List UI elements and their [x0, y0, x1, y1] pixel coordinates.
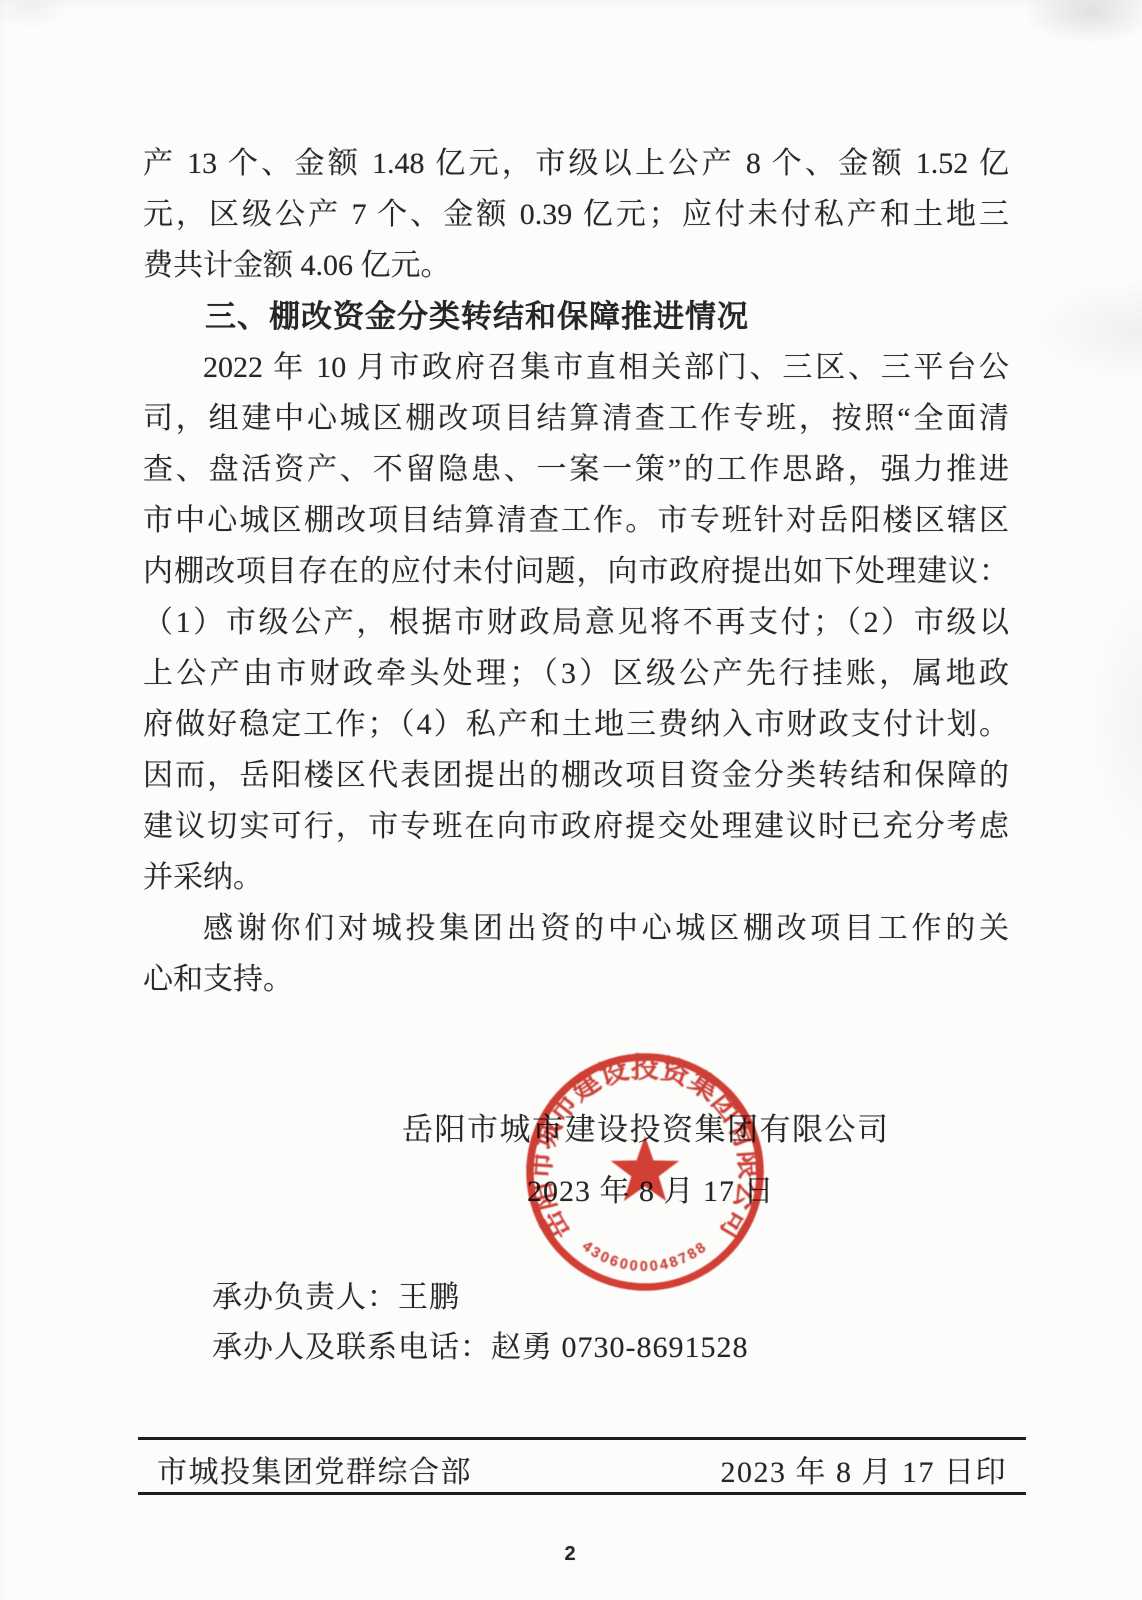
text-line: 心和支持。: [143, 954, 1009, 1005]
text-line: 三、棚改资金分类转结和保障推进情况: [143, 291, 1009, 342]
text-line: 府做好稳定工作；（4）私产和土地三费纳入市财政支付计划。: [143, 699, 1009, 750]
footer: 市城投集团党群综合部 2023 年 8 月 17 日印: [157, 1447, 1007, 1491]
footer-department: 市城投集团党群综合部: [157, 1447, 472, 1491]
text-line: 2022 年 10 月市政府召集市直相关部门、三区、三平台公: [143, 342, 1009, 393]
footer-rule-bottom: [138, 1492, 1026, 1495]
contact-phone-line: 承办人及联系电话：赵勇 0730-8691528: [212, 1322, 749, 1366]
body-text: 产 13 个、金额 1.48 亿元，市级以上公产 8 个、金额 1.52 亿元，…: [143, 138, 1009, 1005]
company-seal: 岳阳市城市建设投资集团有限公司 4306000048788: [510, 1037, 780, 1307]
text-line: 司，组建中心城区棚改项目结算清查工作专班，按照“全面清: [143, 393, 1009, 444]
document-page: 产 13 个、金额 1.48 亿元，市级以上公产 8 个、金额 1.52 亿元，…: [0, 0, 1142, 1600]
text-line: （1）市级公产，根据市财政局意见将不再支付；（2）市级以: [143, 597, 1009, 648]
text-line: 费共计金额 4.06 亿元。: [143, 240, 1009, 291]
footer-rule-top: [138, 1437, 1026, 1440]
text-line: 查、盘活资产、不留隐患、一案一策”的工作思路，强力推进: [143, 444, 1009, 495]
star-icon: [611, 1136, 679, 1201]
text-line: 上公产由市财政牵头处理；（3）区级公产先行挂账，属地政: [143, 648, 1009, 699]
text-line: 并采纳。: [143, 852, 1009, 903]
seal-serial: 4306000048788: [579, 1238, 711, 1275]
footer-print-date: 2023 年 8 月 17 日印: [721, 1447, 1008, 1491]
page-number: 2: [540, 1543, 600, 1566]
text-line: 元，区级公产 7 个、金额 0.39 亿元；应付未付私产和土地三: [143, 189, 1009, 240]
handler-line: 承办负责人：王鹏: [212, 1272, 460, 1316]
text-line: 因而，岳阳楼区代表团提出的棚改项目资金分类转结和保障的: [143, 750, 1009, 801]
text-line: 建议切实可行，市专班在向市政府提交处理建议时已充分考虑: [143, 801, 1009, 852]
text-line: 内棚改项目存在的应付未付问题，向市政府提出如下处理建议：: [143, 546, 1009, 597]
text-line: 感谢你们对城投集团出资的中心城区棚改项目工作的关: [143, 903, 1009, 954]
text-line: 市中心城区棚改项目结算清查工作。市专班针对岳阳楼区辖区: [143, 495, 1009, 546]
text-line: 产 13 个、金额 1.48 亿元，市级以上公产 8 个、金额 1.52 亿: [143, 138, 1009, 189]
